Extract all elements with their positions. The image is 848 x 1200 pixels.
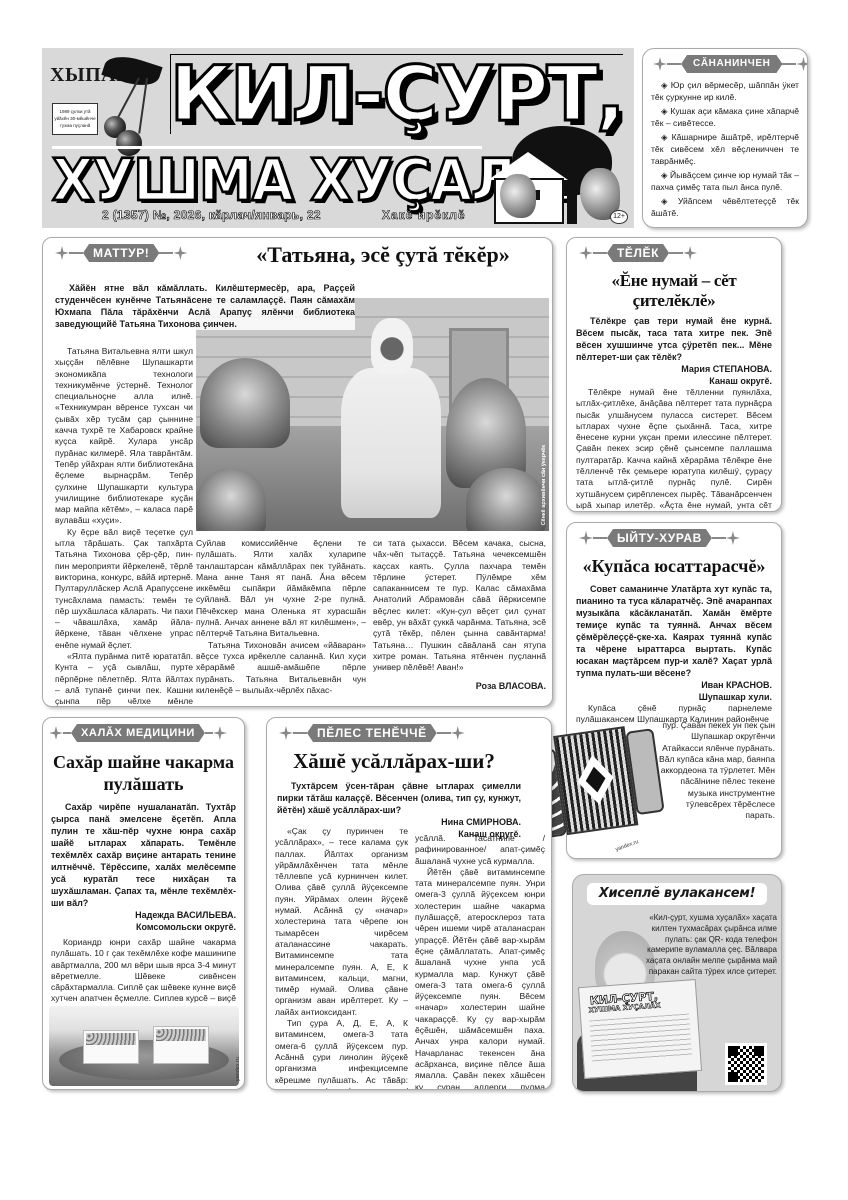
ad-text: «Кил-çурт, хушма хуçалăх» хаçата килтен … (643, 913, 777, 978)
ad-title: Хисеплĕ вулакансем! (587, 883, 767, 905)
folk-signs-list: ◈ Юр çил вĕрмесĕр, шăппăн ÿкет тĕк çурку… (643, 76, 807, 220)
flowers-image (196, 468, 266, 531)
article-column-2: Суйлав комиссийĕнче ĕçлени те пулăшать. … (196, 538, 366, 696)
article-headline: «Татьяна, эсĕ çутă тĕкĕр» (233, 242, 533, 268)
reader-question: Совет саманинче Улатăрта хут купăс та, п… (567, 583, 781, 679)
article-headline: «Купăса юсаттарасчĕ» (571, 556, 777, 577)
author-place: Комсомольски округĕ. (43, 921, 244, 933)
rubric-label: ХАЛĂХ МЕДИЦИНИ (71, 724, 205, 742)
tree-trunk-icon (567, 188, 577, 224)
rubric: ХАЛĂХ МЕДИЦИНИ (49, 724, 227, 742)
image-credit: yandex.ru (615, 839, 640, 853)
list-item: ◈ Юр çил вĕрмесĕр, шăппăн ÿкет тĕк çурку… (651, 80, 799, 103)
flowers-image (466, 468, 546, 531)
rubric-label: ЫЙТУ-ХУРАВ (607, 529, 712, 547)
star-icon (579, 246, 593, 260)
masthead: ХЫПАР 1989 çулхи утă уйăхĕн 30-мĕшĕнче т… (42, 48, 634, 228)
masthead-title-line1: КИЛ-ÇУРТ, (170, 54, 623, 134)
medicini-article: ХАЛĂХ МЕДИЦИНИ Сахăр шайне чакарма пулăш… (42, 717, 245, 1090)
list-item: ◈ Кушак аçи кăмака çине хăпарчĕ тĕк – си… (651, 106, 799, 129)
image-credit: yandex.ru (235, 1057, 241, 1081)
hen-icon (500, 174, 536, 218)
rubric: ЫЙТУ-ХУРАВ (579, 529, 740, 547)
article-headline: Хăшĕ усăллăрах-ши? (271, 749, 547, 774)
rubric: СĂНАНИНЧЕН (653, 55, 808, 73)
article-column-1: «Çак çу пуринчен те усăллăрах», – тесе к… (275, 826, 408, 1090)
star-icon (653, 57, 667, 71)
reader-question: Тĕлĕкре çав тери нумай ĕне курнă. Вĕсем … (567, 315, 781, 363)
article-headline: Сахăр шайне чакарма пулăшать (47, 751, 240, 795)
author-place: Канаш округĕ. (567, 375, 781, 387)
star-icon (726, 531, 740, 545)
woman-figure (341, 368, 441, 518)
star-icon (796, 57, 808, 71)
age-rating-badge: 12+ (610, 210, 628, 224)
star-icon (451, 726, 465, 740)
mattur-article: МАТТУР! «Татьяна, эсĕ çутă тĕкĕр» Сĕнкĕ … (42, 237, 553, 707)
list-item: ◈ Йывăçсем çинче юр нумай тăк – пахча çи… (651, 170, 799, 193)
rubric: МАТТУР! (55, 244, 187, 262)
issue-info: 2 (1357) №, 2026, кăрлач/январь, 22 (102, 208, 321, 222)
star-icon (579, 531, 593, 545)
list-item: ◈ Кăшарнире ăшăтрĕ, ирĕлтерчĕ тĕк сивĕсе… (651, 132, 799, 167)
rubric-label: ПĔЛЕС ТЕНĔЧЧĔ (307, 724, 437, 742)
telek-article: ТĔЛĔК «Ĕне нумай – сĕт çителĕклĕ» Тĕлĕкр… (566, 237, 782, 512)
author-name: Мария СТЕПАНОВА. (567, 363, 781, 375)
founded-note: 1989 çулхи утă уйăхĕн 30-мĕшĕнче тухма п… (52, 103, 98, 135)
peles-tenechche-article: ПĔЛЕС ТЕНĔЧЧĔ Хăшĕ усăллăрах-ши? Тухтăрс… (266, 717, 552, 1090)
bowl-image (153, 1026, 209, 1064)
rubric: ТĔЛĔК (579, 244, 697, 262)
article-photo: Сĕнкĕ архивĕнчи сăн ÿкерчĕк (196, 298, 549, 531)
coriander-bowls-image (49, 1006, 239, 1086)
cherry-stem-icon (138, 78, 148, 134)
sananinchen-box: СĂНАНИНЧЕН ◈ Юр çил вĕрмесĕр, шăппăн ÿке… (642, 48, 808, 228)
article-column-3: си тата çыхасси. Вĕсем качака, сысна, чă… (373, 538, 546, 692)
qr-code[interactable] (725, 1043, 767, 1085)
star-icon (213, 726, 227, 740)
rubric-label: ТĔЛĔК (607, 244, 669, 262)
price-info: Хакĕ ирĕклĕ (382, 208, 466, 222)
list-item: ◈ Уйăпсем чĕвĕлтетеççĕ тĕк ăшăтĕ. (651, 196, 799, 219)
article-headline: «Ĕне нумай – сĕт çителĕклĕ» (571, 271, 777, 311)
author-name: Надежда ВАСИЛЬЕВА. (43, 909, 244, 921)
author-name: Роза ВЛАСОВА. (373, 680, 546, 692)
star-icon (49, 726, 63, 740)
subscription-ad: Хисеплĕ вулакансем! КИЛ-ÇУРТ, ХУШМА ХУÇА… (572, 874, 782, 1092)
star-icon (279, 726, 293, 740)
reader-question: Сахăр чирĕпе нушаланатăп. Тухтăр çырса п… (43, 801, 244, 909)
rubric-label: МАТТУР! (83, 244, 159, 262)
reader-question: Тухтăрсем ÿсен-тăран çăвне ытларах çимел… (267, 780, 551, 816)
author-name: Иван КРАСНОВ. (567, 679, 781, 691)
star-icon (173, 246, 187, 260)
bowl-image (83, 1030, 139, 1064)
article-column-2: усăллă. Тасатнипе /рафинированное/ апат-… (415, 833, 545, 1090)
woman-head (371, 318, 413, 374)
article-body: Тĕлĕкре нумай ĕне тĕлленни пуянлăха, ытл… (567, 387, 781, 512)
house-roof-icon (488, 152, 568, 180)
article-body-wrap: пур. Çавăн пекех ун пек çын Шупашкар окр… (655, 720, 775, 822)
star-icon (55, 246, 69, 260)
star-icon (683, 246, 697, 260)
photo-credit: Сĕнкĕ архивĕнчи сăн ÿкерчĕк (541, 445, 547, 525)
rubric: ПĔЛЕС ТЕНĔЧЧĔ (279, 724, 465, 742)
article-lede: Хăйĕн ятне вăл кăмăллать. Килĕштермесĕр,… (55, 282, 355, 330)
article-column-1: Татьяна Витальевна ялти шкул хыççăн пĕлĕ… (55, 346, 193, 707)
wheat-sheaf-image (200, 358, 290, 448)
newspaper-image: КИЛ-ÇУРТ, ХУШМА ХУÇАЛĂХ (578, 979, 702, 1079)
author-place: Шупашкар хули. (567, 691, 781, 703)
rubric-label: СĂНАНИНЧЕН (681, 55, 782, 73)
